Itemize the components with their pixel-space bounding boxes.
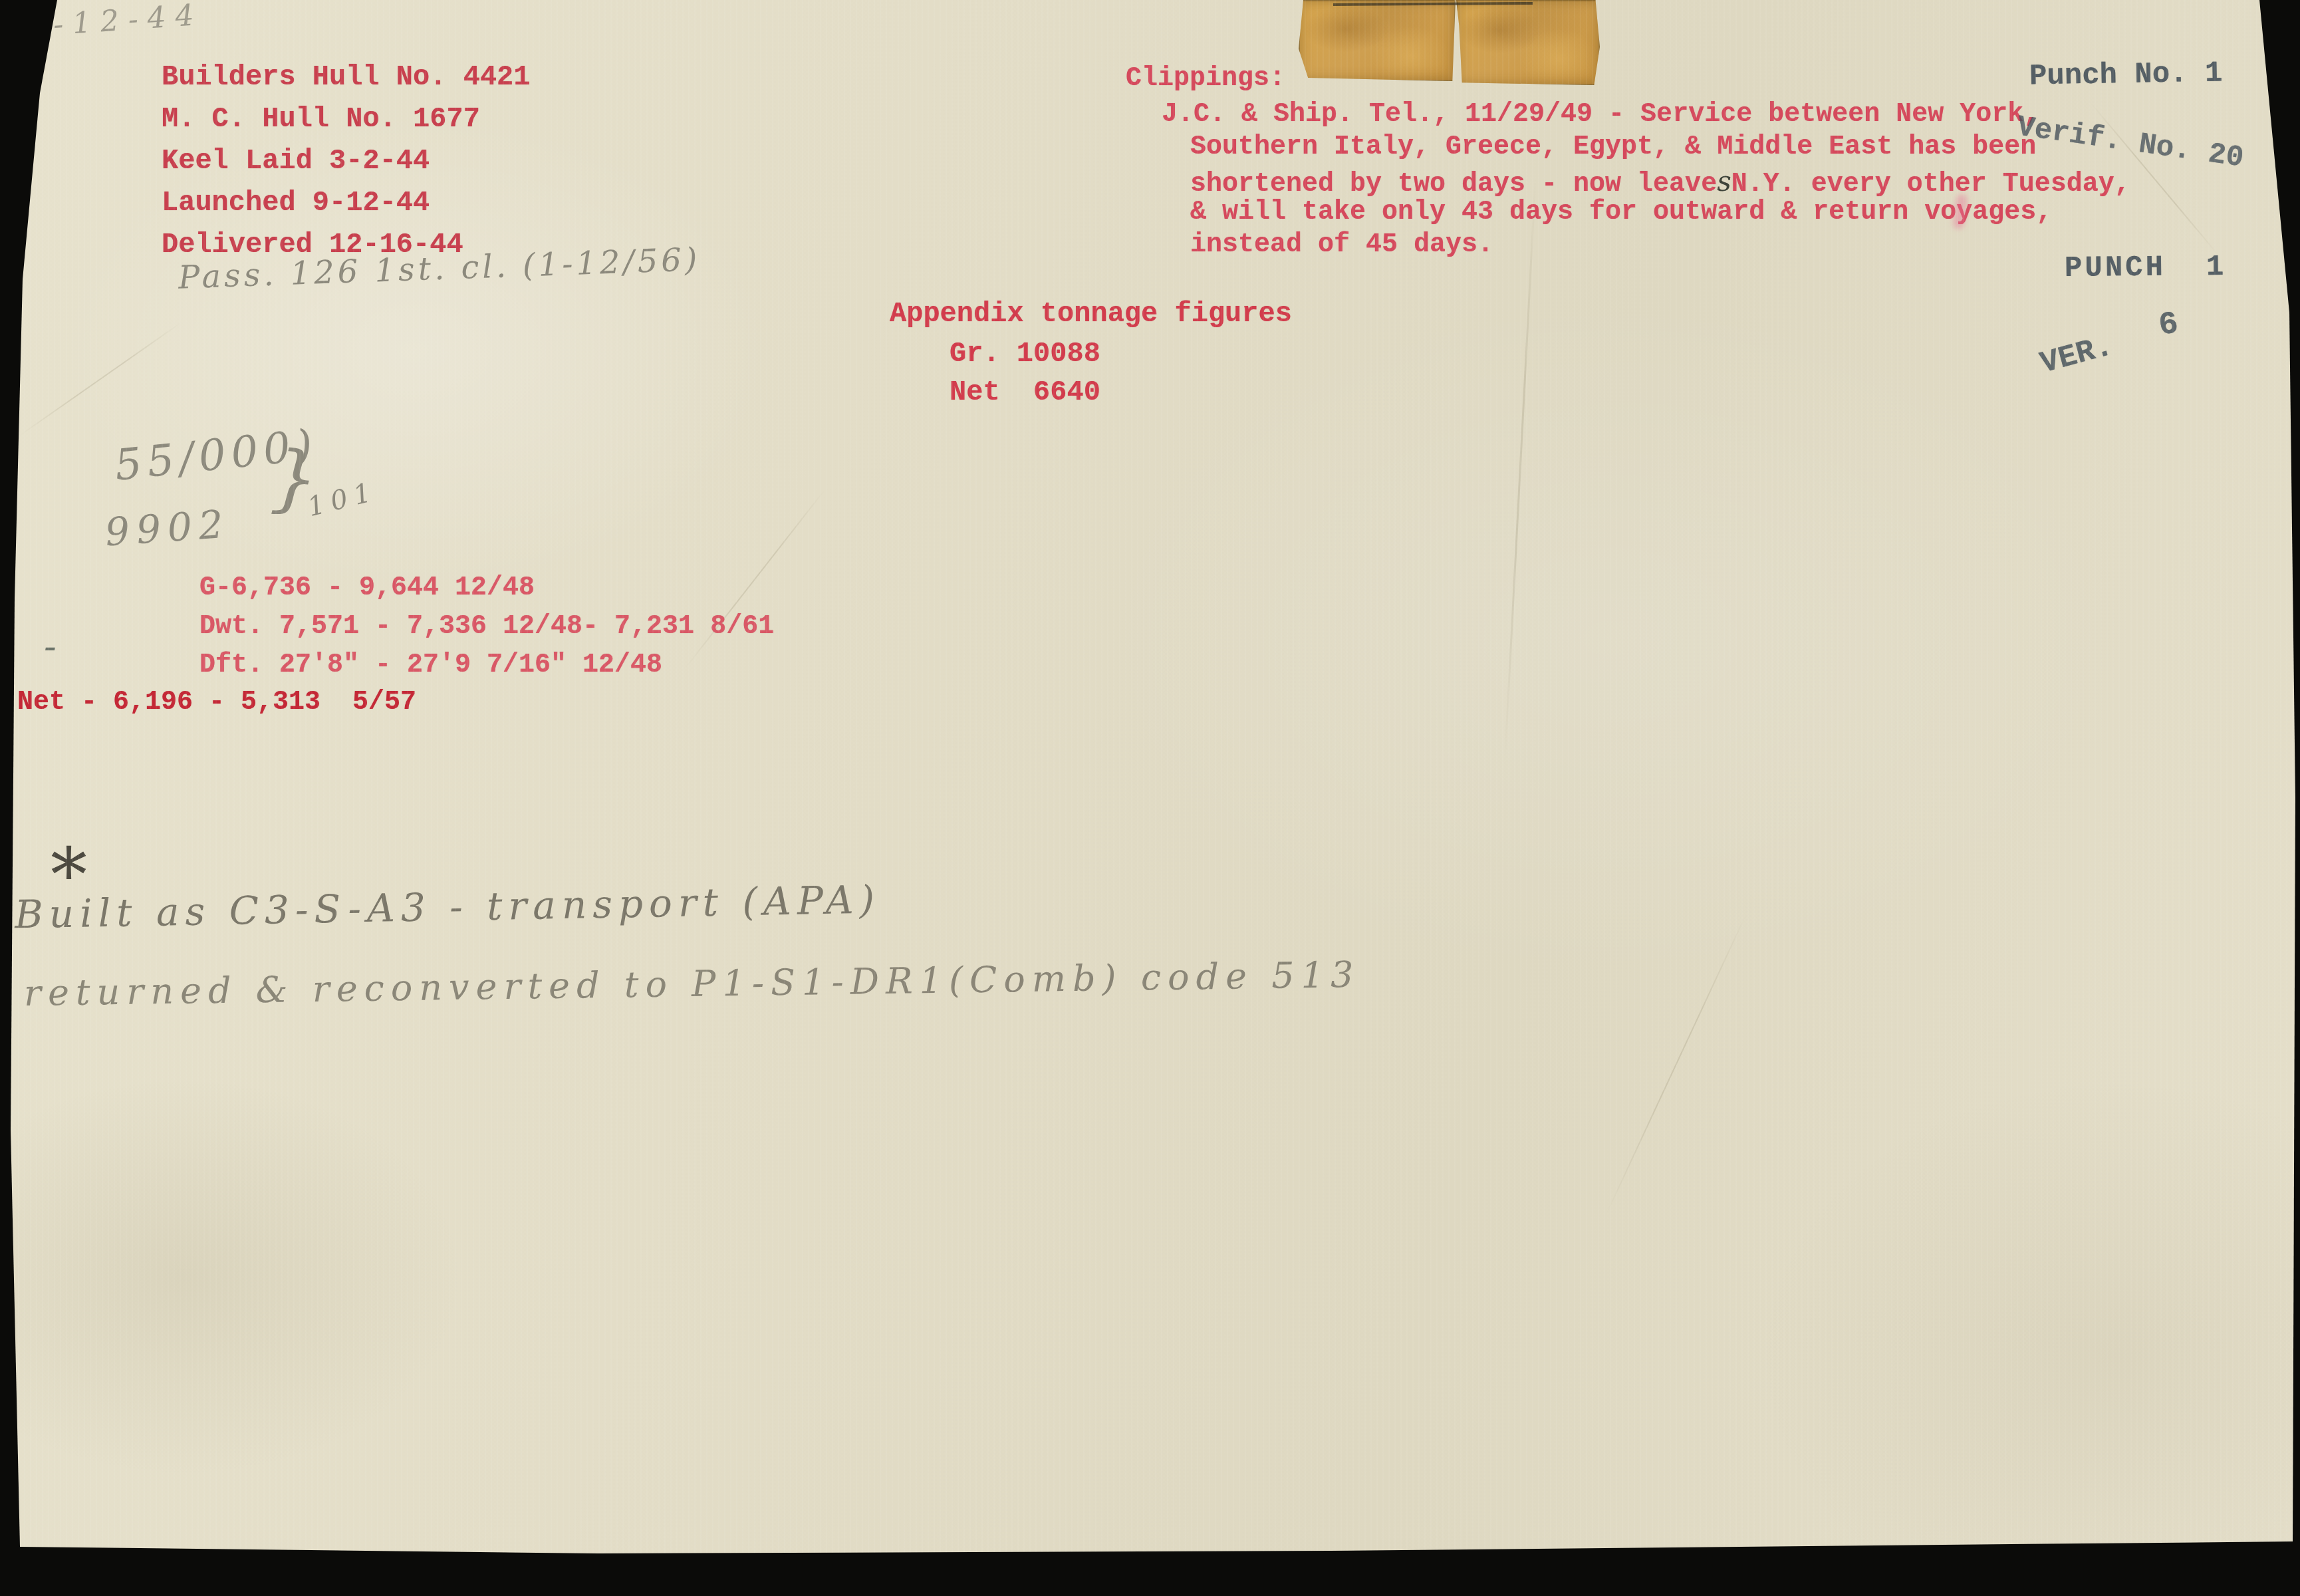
keel-laid-line: Keel Laid 3-2-44 <box>162 145 430 177</box>
clipping-line: instead of 45 days. <box>1190 230 1493 260</box>
appendix-gross: Gr. 10088 <box>950 338 1100 370</box>
crease-line <box>1605 913 1747 1215</box>
deadweight-line: Dwt. 7,571 - 7,336 12/48- 7,231 8/61 <box>199 612 774 642</box>
clipping-line-text: N.Y. every other Tuesday, <box>1731 170 2130 199</box>
ver-stamp-value: 6 <box>2156 306 2180 344</box>
builders-hull-line: Builders Hull No. 4421 <box>162 61 531 93</box>
tape-residue-left <box>1299 0 1456 81</box>
document-page: 2-12-44 Builders Hull No. 4421 M. C. Hul… <box>0 0 2300 1596</box>
pencil-dash: - <box>44 625 57 668</box>
appendix-net: Net 6640 <box>950 376 1100 408</box>
crease-line <box>19 321 183 437</box>
draft-line: Dft. 27'8" - 27'9 7/16" 12/48 <box>199 650 662 680</box>
clipping-line-text: shortened by two days - now leave <box>1190 170 1717 199</box>
clipping-line: shortened by two days - now leavesN.Y. e… <box>1190 165 2130 199</box>
punch-no-stamp: Punch No. 1 <box>2029 57 2223 93</box>
corner-date-note: 2-12-44 <box>25 0 205 44</box>
appendix-title: Appendix tonnage figures <box>890 298 1292 330</box>
crease-line <box>1504 174 1537 758</box>
net-tonnage-line: Net - 6,196 - 5,313 5/57 <box>17 688 416 718</box>
pencil-figure-9902: 9902 <box>104 501 231 555</box>
clipping-line: Southern Italy, Greece, Egypt, & Middle … <box>1190 132 2036 162</box>
punch-stamp: PUNCH 1 <box>2065 251 2227 285</box>
clipping-line: J.C. & Ship. Tel., 11/29/49 - Service be… <box>1162 100 2039 130</box>
launched-line: Launched 9-12-44 <box>162 187 430 219</box>
mc-hull-line: M. C. Hull No. 1677 <box>162 103 480 135</box>
clipping-line: & will take only 43 days for outward & r… <box>1190 198 2052 227</box>
ver-stamp: VER. <box>2037 329 2116 382</box>
inserted-letter-s: s <box>1717 165 1731 198</box>
built-as-note: Built as C3-S-A3 - transport (APA) <box>15 877 881 938</box>
tape-residue-right <box>1456 0 1600 85</box>
clippings-heading: Clippings: <box>1126 64 1285 94</box>
reconverted-note: returned & reconverted to P1-S1-DR1(Comb… <box>24 954 1360 1014</box>
gross-tonnage-line: G-6,736 - 9,644 12/48 <box>199 573 535 603</box>
asterisk-mark: * <box>51 855 87 895</box>
